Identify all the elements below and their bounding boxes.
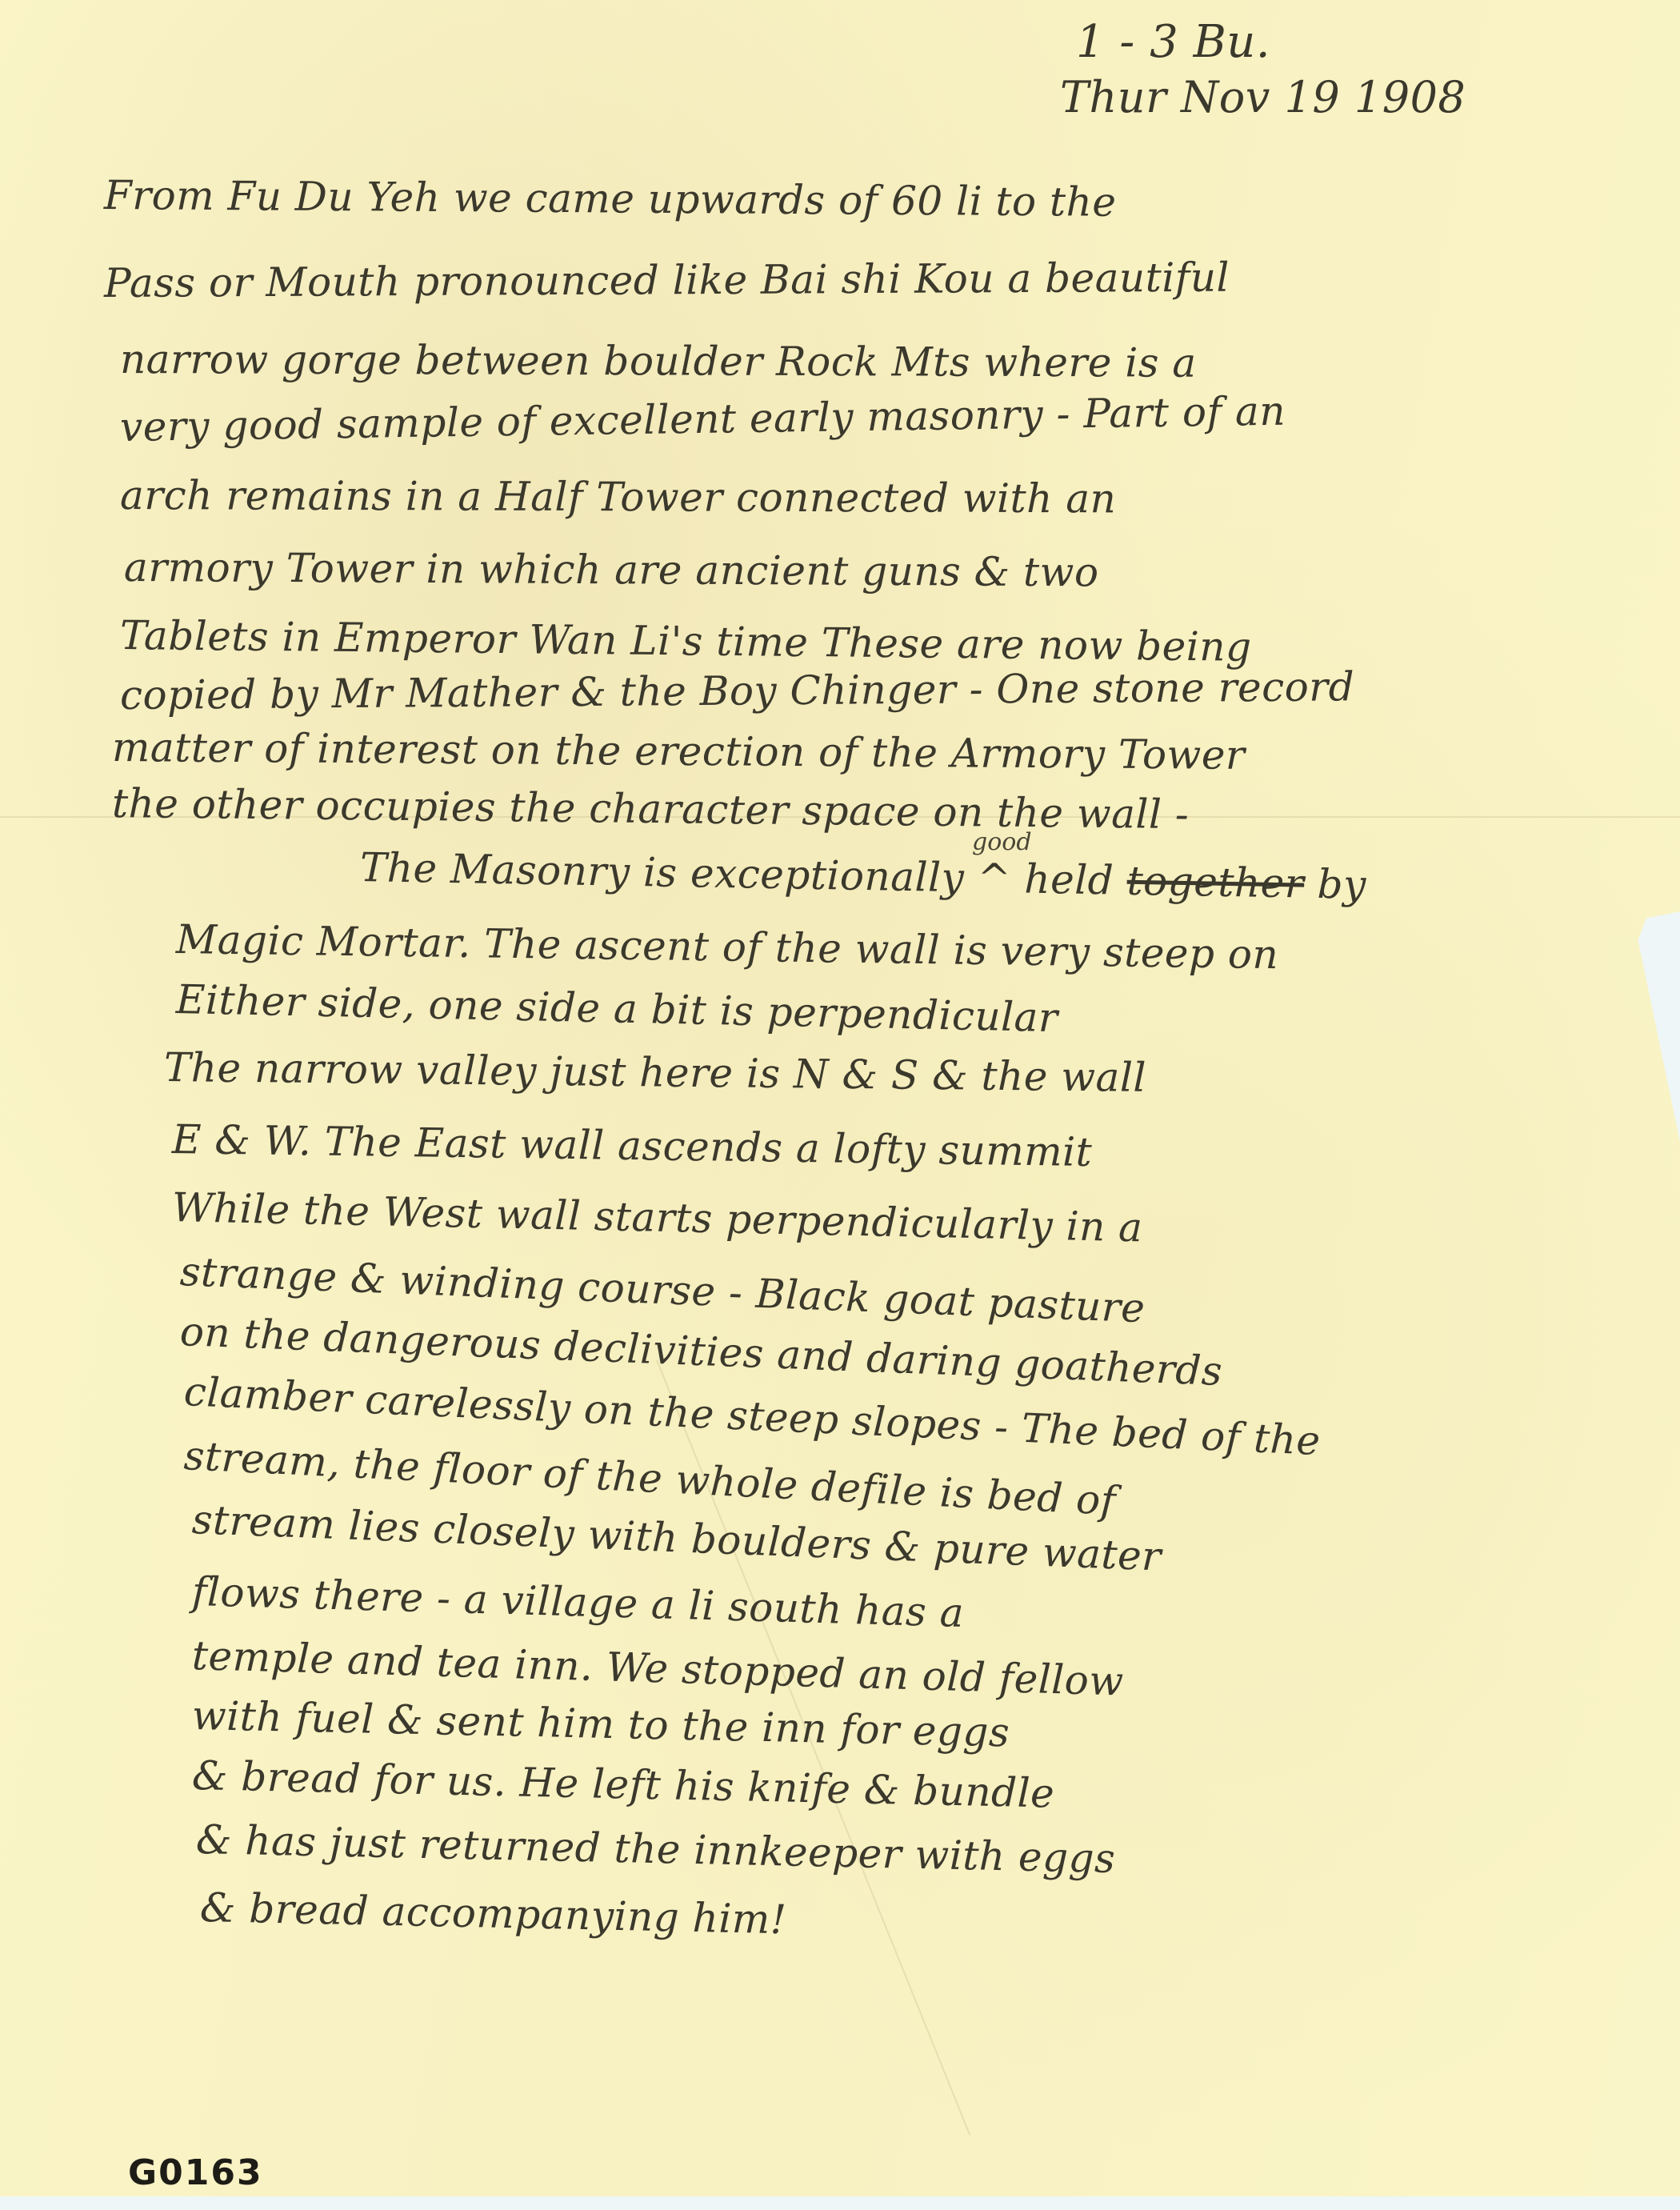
text-line: While the West wall starts perpendicular… — [171, 1184, 1143, 1251]
reference-number: 1 - 3 Bu. — [1076, 16, 1270, 68]
text-line: & bread accompanying him! — [199, 1884, 787, 1943]
text-line: Pass or Mouth pronounced like Bai shi Ko… — [104, 254, 1230, 306]
text-line: copied by Mr Mather & the Boy Chinger - … — [120, 663, 1355, 719]
text-line: matter of interest on the erection of th… — [112, 724, 1246, 779]
text-line: temple and tea inn. We stopped an old fe… — [191, 1632, 1124, 1705]
text-line: The Masonry is exceptionally ^ held toge… — [359, 844, 1366, 908]
text-line: Either side, one side a bit is perpendic… — [175, 976, 1058, 1041]
text-line: flows there - a village a li south has a — [191, 1568, 965, 1636]
text-line: arch remains in a Half Tower connected w… — [120, 472, 1116, 522]
text-line: narrow gorge between boulder Rock Mts wh… — [120, 336, 1197, 386]
text-line: E & W. The East wall ascends a lofty sum… — [172, 1116, 1093, 1175]
text-line: Magic Mortar. The ascent of the wall is … — [176, 916, 1279, 978]
entry-date: Thur Nov 19 1908 — [1060, 72, 1466, 122]
text-line: Tablets in Emperor Wan Li's time These a… — [120, 612, 1252, 671]
text-line: & bread for us. He left his knife & bund… — [191, 1752, 1054, 1817]
line-segment: by — [1304, 861, 1367, 908]
text-line: armory Tower in which are ancient guns &… — [124, 544, 1099, 595]
struck-word: together — [1126, 858, 1305, 907]
archive-number: G0163 — [128, 2152, 263, 2193]
caret-insertion: good — [972, 828, 1032, 856]
text-line: very good sample of excellent early maso… — [120, 388, 1286, 450]
text-line: The narrow valley just here is N & S & t… — [164, 1044, 1146, 1101]
text-line: From Fu Du Yeh we came upwards of 60 li … — [104, 172, 1117, 226]
text-line: & has just returned the innkeeper with e… — [195, 1816, 1115, 1882]
document-page: 1 - 3 Bu. Thur Nov 19 1908 From Fu Du Ye… — [0, 0, 1680, 2196]
text-line: with fuel & sent him to the inn for eggs — [191, 1692, 1010, 1756]
